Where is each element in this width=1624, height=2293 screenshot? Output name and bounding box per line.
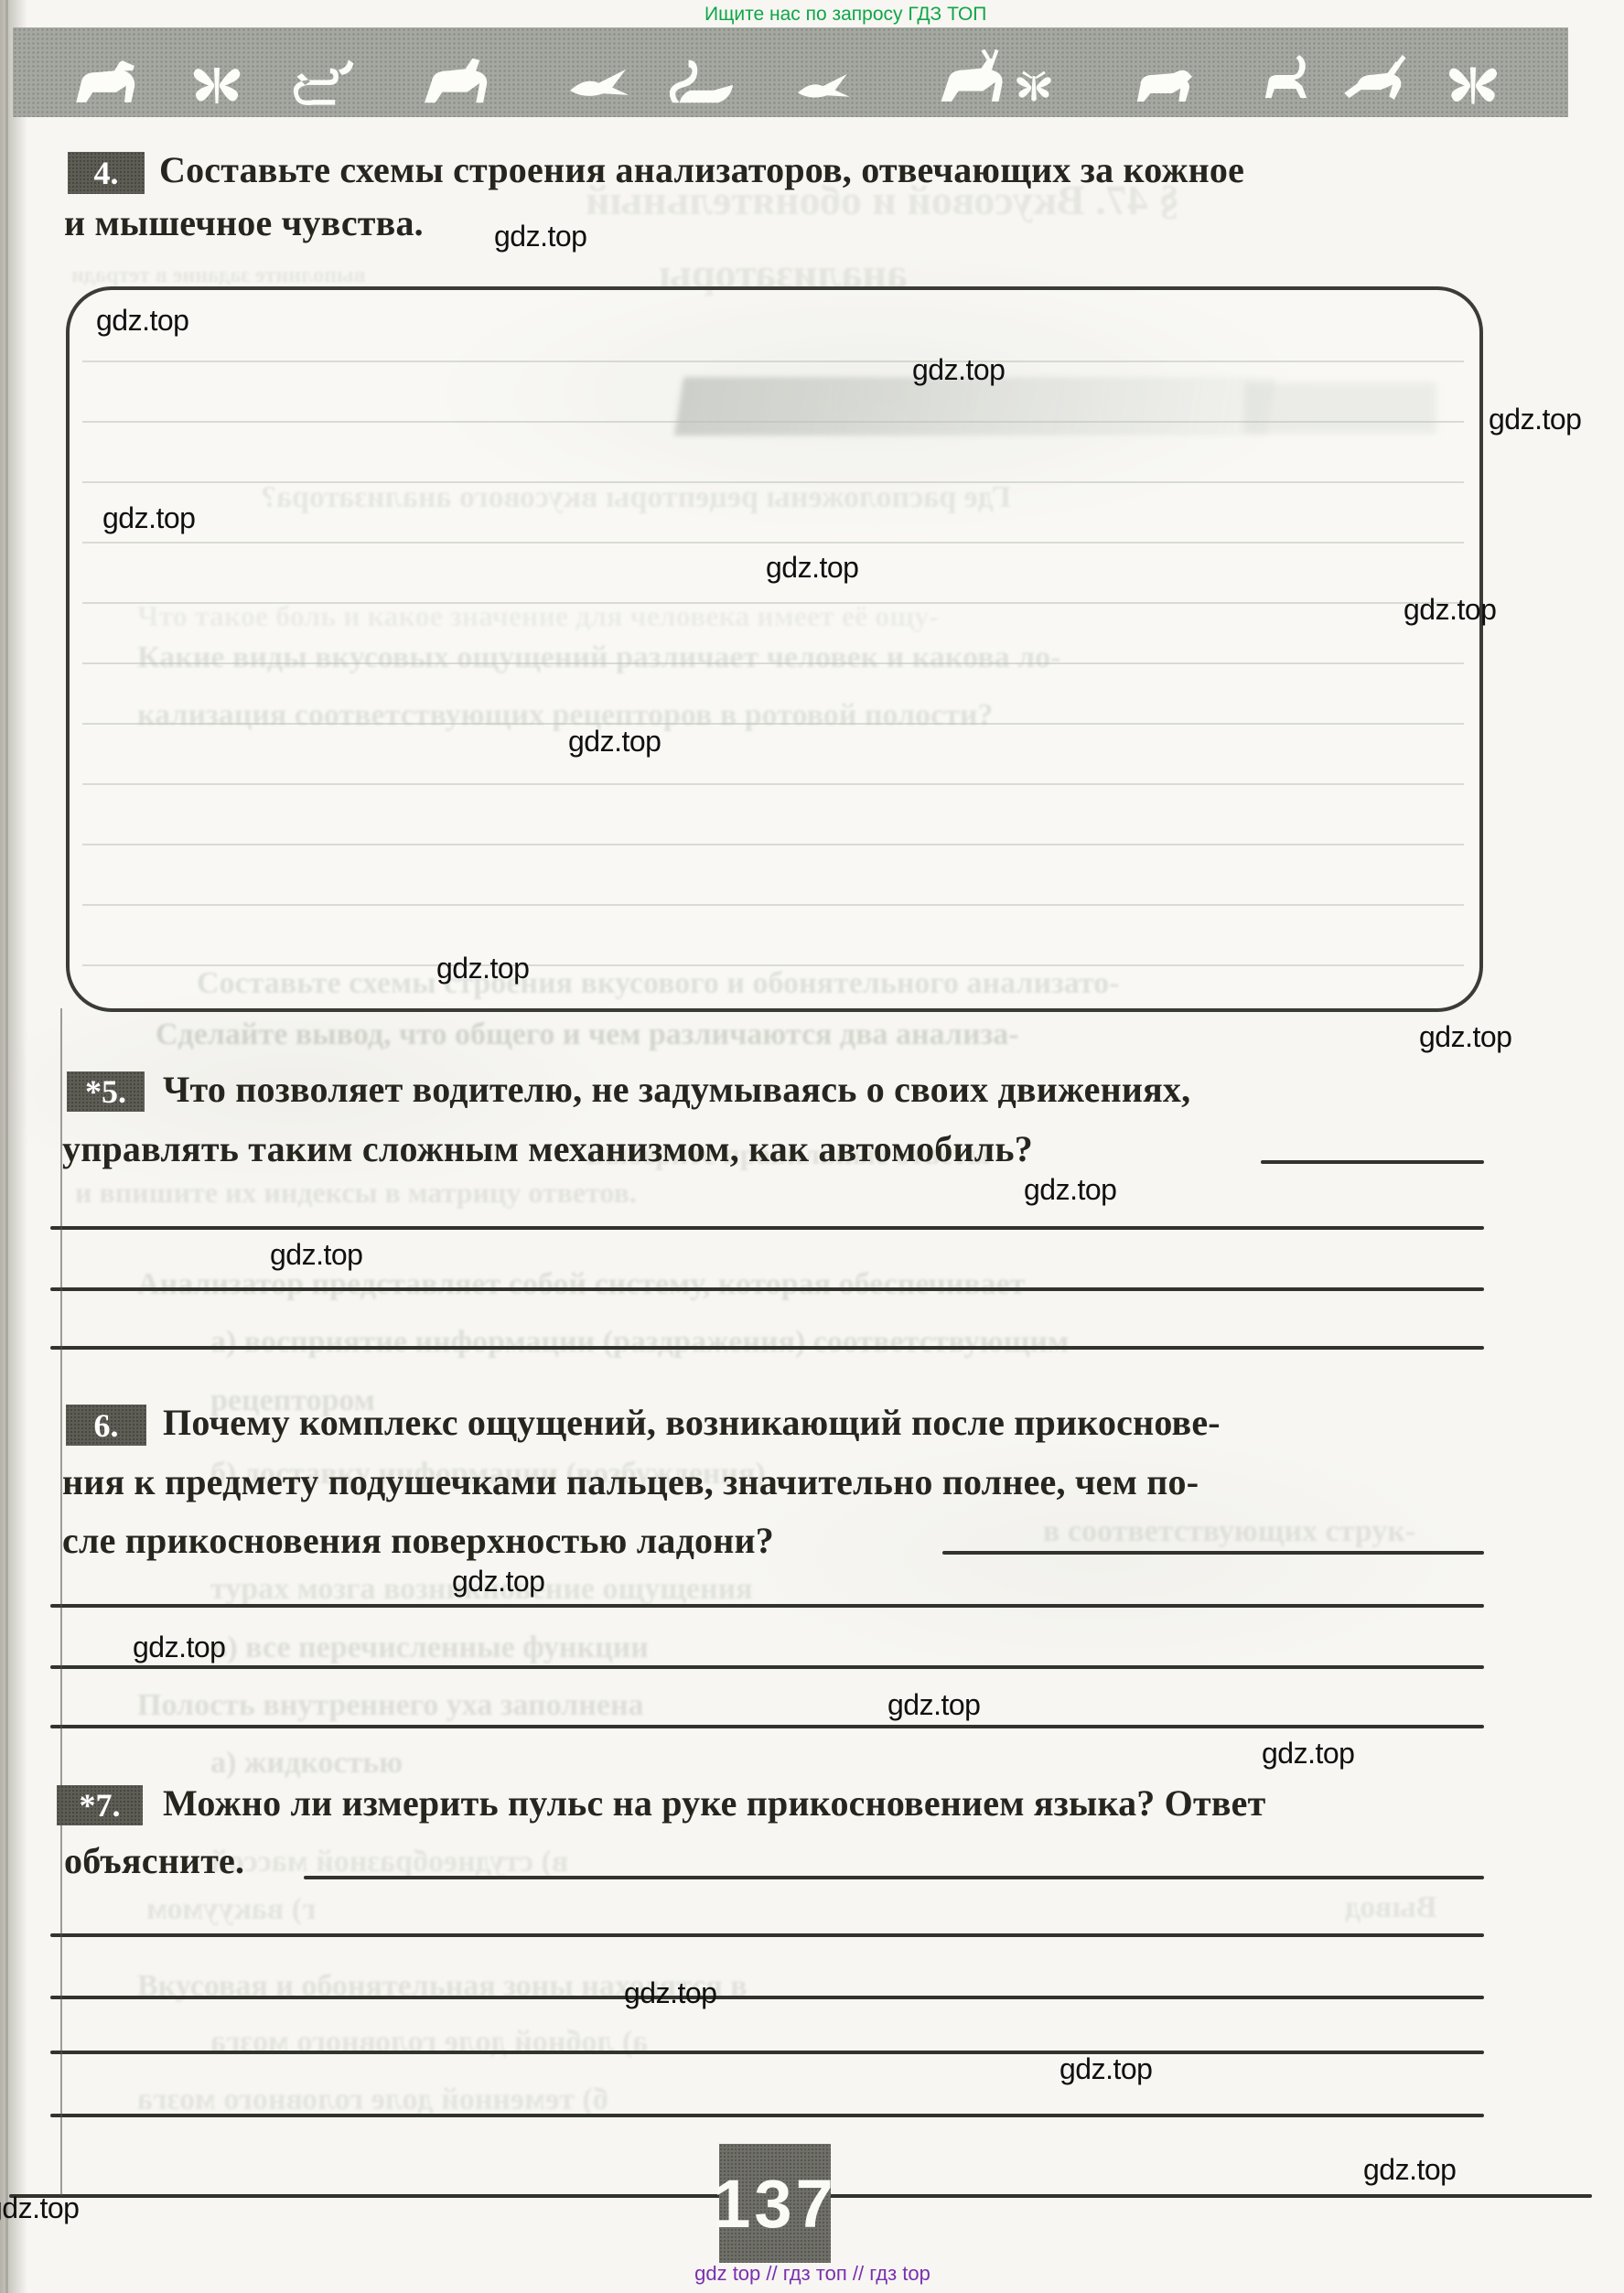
scorpion-icon <box>292 55 365 112</box>
ghost-text: Вывод <box>1345 1890 1437 1925</box>
question-6-line-1: Почему комплекс ощущений, возникающий по… <box>163 1401 1221 1444</box>
watermark: gdz.top <box>96 304 188 338</box>
ghost-text: а) восприятие информации (раздражения) с… <box>210 1325 1069 1360</box>
page-edge-shadow <box>0 0 27 2293</box>
ghost-text: в) студнеобразной массой <box>210 1845 568 1879</box>
ghost-text: Анализатор представляет собой систему, к… <box>137 1267 1025 1302</box>
answer-line <box>1261 1160 1484 1164</box>
question-6-badge: 6. <box>66 1405 146 1446</box>
butterfly-icon <box>1442 57 1504 112</box>
ruled-line <box>82 662 1464 664</box>
watermark: gdz.top <box>1489 403 1581 436</box>
question-4-line-2: и мышечное чувства. <box>64 201 424 244</box>
goat-icon <box>1338 51 1411 112</box>
swan-icon <box>662 51 747 112</box>
watermark: gdz.top <box>912 353 1005 387</box>
watermark: gdz.top <box>0 2191 79 2225</box>
header-band <box>13 27 1568 117</box>
watermark: gdz.top <box>1404 593 1496 627</box>
small-bird-icon <box>795 66 854 112</box>
watermark: gdz.top <box>1363 2153 1456 2187</box>
watermark: gdz.top <box>624 1976 716 2010</box>
watermark: gdz.top <box>133 1631 225 1664</box>
watermark: gdz.top <box>102 501 195 535</box>
ghost-text: в) все перечисленные функции <box>210 1631 649 1665</box>
ruled-line <box>82 844 1464 845</box>
ruled-line <box>82 964 1464 966</box>
cat-icon <box>1250 48 1317 112</box>
answer-line <box>50 1933 1484 1937</box>
ghost-text: и впишите их индексы в матрицу ответов. <box>75 1176 637 1210</box>
watermark: gdz.top <box>436 952 529 985</box>
answer-line <box>304 1876 1484 1879</box>
ruled-line <box>82 904 1464 906</box>
watermark: gdz.top <box>1262 1737 1354 1771</box>
answer-line <box>50 2114 1484 2117</box>
ghost-text: Сделайте вывод, что общего и чем различа… <box>156 1017 1019 1052</box>
margin-rule-line <box>60 1008 62 2196</box>
answer-line <box>942 1551 1484 1555</box>
ghost-text: б) теменной доле головного мозга <box>137 2083 608 2117</box>
watermark: gdz.top <box>1059 2052 1152 2086</box>
answer-line <box>50 1346 1484 1350</box>
ruled-line <box>82 602 1464 604</box>
watermark: gdz.top <box>1024 1173 1116 1207</box>
ghost-text: а) жидкостью <box>210 1746 403 1781</box>
watermark: gdz.top <box>568 725 661 759</box>
ghost-text: в соответствующих струк- <box>1043 1514 1415 1549</box>
footer-note: gdz top // гдз топ // гдз top <box>629 2262 995 2286</box>
ruled-line <box>82 361 1464 362</box>
watermark: gdz.top <box>1419 1020 1511 1054</box>
question-5-badge: *5. <box>67 1071 145 1112</box>
watermark: gdz.top <box>452 1565 544 1599</box>
ruled-line <box>82 481 1464 483</box>
answer-line <box>50 2051 1484 2054</box>
boar-icon <box>1124 55 1203 112</box>
workbook-scan-page: Ищите нас по запросу ГДЗ ТОП § 47. Вкусо… <box>0 0 1624 2293</box>
watermark: gdz.top <box>887 1688 980 1722</box>
page-number-badge: 137 <box>719 2144 831 2263</box>
ruled-line <box>82 542 1464 544</box>
question-6-line-2: ния к предмету подушечками пальцев, знач… <box>62 1460 1199 1503</box>
answer-line <box>50 1725 1484 1728</box>
answer-line <box>50 1226 1484 1230</box>
question-4-badge: 4. <box>68 152 145 194</box>
answer-line <box>50 1287 1484 1291</box>
bull-icon <box>70 53 143 112</box>
question-7-line-2: объясните. <box>64 1839 244 1882</box>
ruled-line <box>82 723 1464 725</box>
question-5-line-2: управлять таким сложным механизмом, как … <box>62 1127 1033 1170</box>
ruled-line <box>82 421 1464 423</box>
ghost-text: выполните задание в тетради <box>71 264 366 288</box>
answer-line <box>50 1996 1484 1999</box>
question-7-line-1: Можно ли измерить пульс на руке прикосно… <box>163 1782 1265 1825</box>
moth-icon <box>1006 59 1062 112</box>
deer-icon <box>932 49 1009 112</box>
question-6-line-3: сле прикосновения поверхностью ладони? <box>62 1519 774 1562</box>
watermark: gdz.top <box>270 1238 362 1272</box>
horse-icon <box>415 51 494 112</box>
question-4-line-1: Составьте схемы строения анализаторов, о… <box>159 148 1244 191</box>
ghost-text: г) вакуумом <box>146 1892 317 1927</box>
question-7-badge: *7. <box>57 1785 143 1825</box>
ruled-line <box>82 783 1464 785</box>
flying-bird-icon <box>566 60 634 112</box>
top-note: Ищите нас по запросу ГДЗ ТОП <box>704 4 986 26</box>
ghost-text: а) лобной доле головного мозга <box>210 2025 648 2060</box>
question-5-line-1: Что позволяет водителю, не задумываясь о… <box>163 1068 1190 1111</box>
watermark: gdz.top <box>494 220 586 253</box>
butterfly-icon <box>187 57 247 112</box>
answer-line <box>50 1665 1484 1669</box>
watermark: gdz.top <box>766 551 858 585</box>
ghost-text: Полость внутреннего уха заполнена <box>137 1688 644 1723</box>
answer-line <box>50 1604 1484 1608</box>
spine-line <box>5 0 8 2293</box>
